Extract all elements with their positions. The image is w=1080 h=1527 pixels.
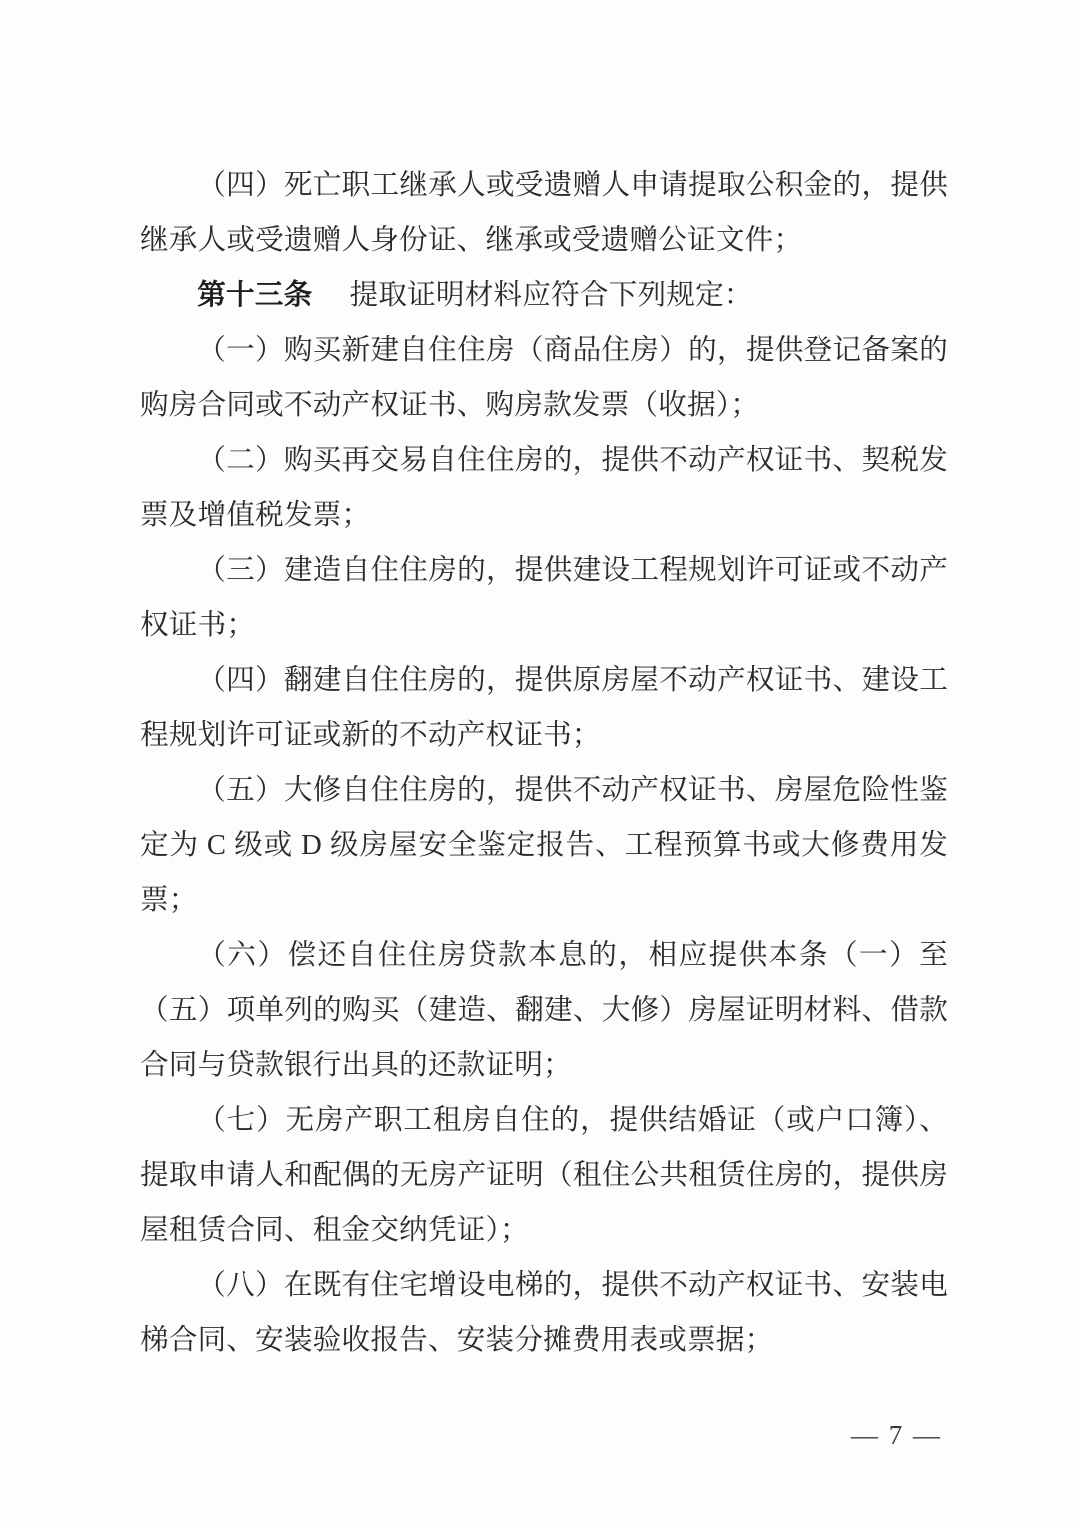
document-content: （四）死亡职工继承人或受遗赠人申请提取公积金的，提供继承人或受遗赠人身份证、继承… — [140, 158, 948, 1368]
paragraph-continued-item-4: （四）死亡职工继承人或受遗赠人申请提取公积金的，提供继承人或受遗赠人身份证、继承… — [140, 158, 948, 268]
paragraph-item-6: （六）偿还自住住房贷款本息的，相应提供本条（一）至（五）项单列的购买（建造、翻建… — [140, 928, 948, 1093]
paragraph-item-8: （八）在既有住宅增设电梯的，提供不动产权证书、安装电梯合同、安装验收报告、安装分… — [140, 1258, 948, 1368]
article-title: 提取证明材料应符合下列规定： — [350, 280, 753, 311]
paragraph-item-1: （一）购买新建自住住房（商品住房）的，提供登记备案的购房合同或不动产权证书、购房… — [140, 323, 948, 433]
page-footer: — 7 — — [851, 1420, 942, 1451]
document-page: （四）死亡职工继承人或受遗赠人申请提取公积金的，提供继承人或受遗赠人身份证、继承… — [0, 0, 1080, 1527]
paragraph-item-7: （七）无房产职工租房自住的，提供结婚证（或户口簿）、提取申请人和配偶的无房产证明… — [140, 1093, 948, 1258]
paragraph-item-3: （三）建造自住住房的，提供建设工程规划许可证或不动产权证书； — [140, 543, 948, 653]
page-number: — 7 — — [851, 1420, 942, 1450]
paragraph-item-2: （二）购买再交易自住住房的，提供不动产权证书、契税发票及增值税发票； — [140, 433, 948, 543]
article-number: 第十三条 — [197, 280, 312, 311]
article-heading: 第十三条提取证明材料应符合下列规定： — [140, 268, 948, 323]
paragraph-item-5: （五）大修自住住房的，提供不动产权证书、房屋危险性鉴定为 C 级或 D 级房屋安… — [140, 763, 948, 928]
paragraph-item-4: （四）翻建自住住房的，提供原房屋不动产权证书、建设工程规划许可证或新的不动产权证… — [140, 653, 948, 763]
